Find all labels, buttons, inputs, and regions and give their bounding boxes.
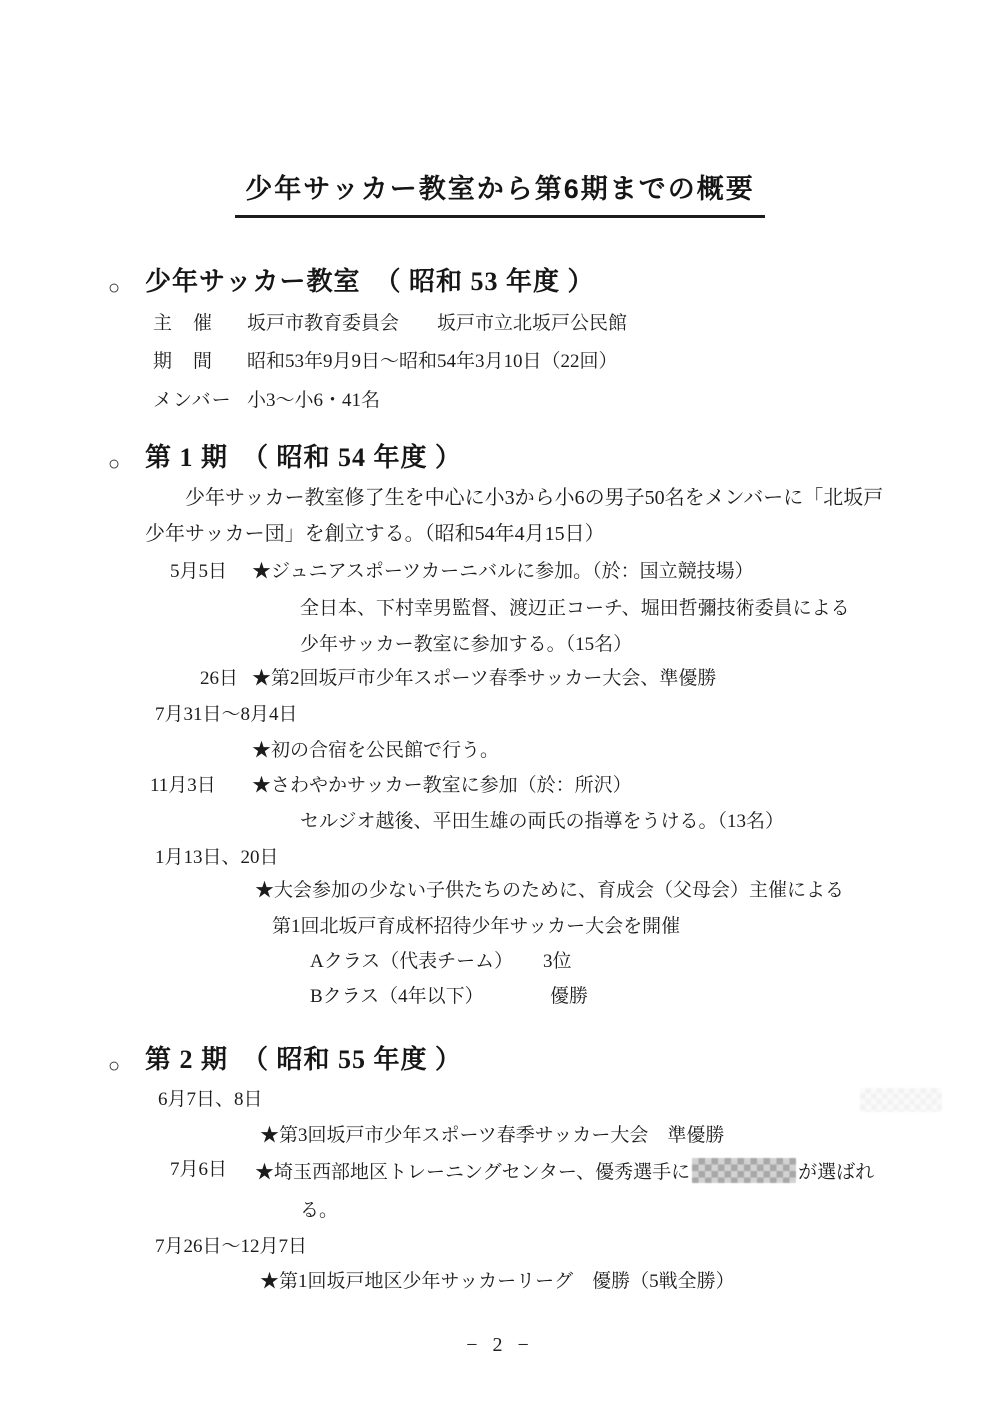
scan-noise-artifact xyxy=(860,1088,942,1112)
award-text-prefix: ★埼玉西部地区トレーニングセンター、優秀選手に xyxy=(255,1162,690,1183)
timeline-event: ★第3回坂戸市少年スポーツ春季サッカー大会 準優勝 xyxy=(260,1124,724,1148)
section-heading-soccer-school: 少年サッカー教室 （ 昭和 53 年度 ） xyxy=(145,266,594,297)
timeline-date: 5月5日 xyxy=(170,560,227,584)
class-result-value: 3位 xyxy=(543,950,572,974)
page-number: − 2 − xyxy=(0,1334,1000,1357)
timeline-event-with-redaction: ★埼玉西部地区トレーニングセンター、優秀選手にが選ばれ xyxy=(255,1158,874,1185)
section-heading-period-1: 第 1 期 （ 昭和 54 年度 ） xyxy=(145,442,462,473)
timeline-continuation: 第1回北坂戸育成杯招待少年サッカー大会を開催 xyxy=(272,915,680,939)
timeline-event: ★第2回坂戸市少年スポーツ春季サッカー大会、準優勝 xyxy=(252,667,716,691)
info-value-organizer: 坂戸市教育委員会 坂戸市立北坂戸公民館 xyxy=(247,312,627,336)
timeline-date: 1月13日、20日 xyxy=(155,846,279,870)
timeline-date: 7月31日〜8月4日 xyxy=(155,703,298,727)
timeline-event: ★第1回坂戸地区少年サッカーリーグ 優勝（5戦全勝） xyxy=(260,1270,735,1294)
section-marker-circle-icon: ○ xyxy=(108,1054,120,1078)
timeline-event: ★大会参加の少ない子供たちのために、育成会（父母会）主催による xyxy=(255,879,844,903)
class-result-label: Aクラス（代表チーム） xyxy=(310,950,513,974)
timeline-date: 7月26日〜12月7日 xyxy=(155,1235,307,1259)
scanned-document-page: 少年サッカー教室から第6期までの概要 ○ 少年サッカー教室 （ 昭和 53 年度… xyxy=(0,0,1000,1413)
timeline-continuation: る。 xyxy=(300,1199,338,1223)
timeline-date: 7月6日 xyxy=(170,1158,227,1182)
timeline-continuation: 少年サッカー教室に参加する。（15名） xyxy=(300,633,632,657)
info-label-organizer: 主 催 xyxy=(153,312,213,336)
timeline-event: ★ジュニアスポーツカーニバルに参加。（於：国立競技場） xyxy=(252,560,754,584)
class-result-value: 優勝 xyxy=(550,985,588,1009)
timeline-event: ★さわやかサッカー教室に参加（於：所沢） xyxy=(252,774,632,798)
section-marker-circle-icon: ○ xyxy=(108,276,120,300)
award-text-suffix: が選ばれ xyxy=(798,1162,874,1183)
info-label-members: メンバー xyxy=(153,389,232,413)
page-title: 少年サッカー教室から第6期までの概要 xyxy=(235,167,765,218)
timeline-continuation: セルジオ越後、平田生雄の両氏の指導をうける。（13名） xyxy=(300,810,784,834)
timeline-date: 6月7日、8日 xyxy=(158,1088,263,1112)
timeline-event: ★初の合宿を公民館で行う。 xyxy=(252,739,499,763)
section-marker-circle-icon: ○ xyxy=(108,452,120,476)
intro-paragraph-line: 少年サッカー教室修了生を中心に小3から小6の男子50名をメンバーに「北坂戸 xyxy=(185,486,883,511)
section-heading-period-2: 第 2 期 （ 昭和 55 年度 ） xyxy=(145,1044,462,1075)
info-label-period: 期 間 xyxy=(153,350,213,374)
timeline-continuation: 全日本、下村幸男監督、渡辺正コーチ、堀田哲彌技術委員による xyxy=(300,597,850,621)
info-value-members: 小3〜小6・41名 xyxy=(247,389,380,413)
redacted-name-block xyxy=(692,1158,796,1183)
intro-paragraph-line: 少年サッカー団」を創立する。（昭和54年4月15日） xyxy=(145,522,605,547)
info-value-period: 昭和53年9月9日〜昭和54年3月10日（22回） xyxy=(247,350,618,374)
timeline-date: 11月3日 xyxy=(150,774,216,798)
timeline-date: 26日 xyxy=(200,667,238,691)
class-result-label: Bクラス（4年以下） xyxy=(310,985,484,1009)
